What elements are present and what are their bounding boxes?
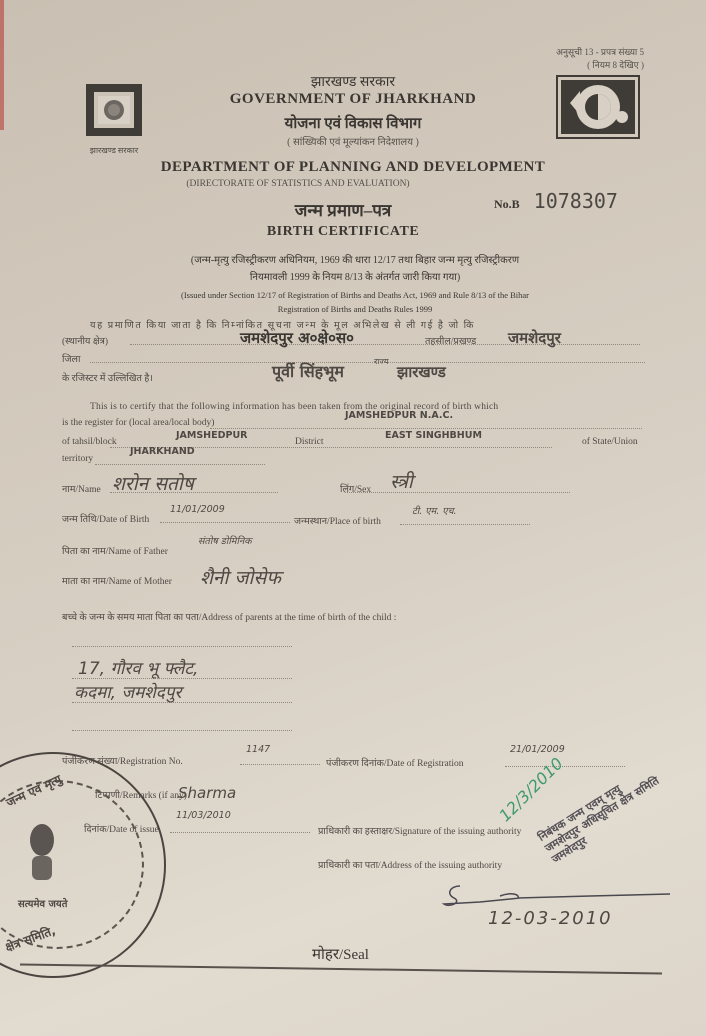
local-body-value: JAMSHEDPUR N.A.C. — [345, 410, 453, 421]
address-line2: कदमा, जमशेदपुर — [74, 680, 181, 703]
issued-under-english-2: Registration of Births and Deaths Rules … — [60, 302, 650, 317]
issue-date-value: 11/03/2010 — [176, 810, 231, 821]
photo-edge — [0, 0, 4, 130]
register-text: के रजिस्टर में उल्लिखित है। — [62, 371, 153, 384]
issued-under-hindi-2: नियमावली 1999 के नियम 8/13 के अंतर्गत जा… — [60, 270, 650, 285]
cert-no-value: 1078307 — [534, 189, 618, 213]
state-label-hindi: राज्य — [374, 356, 389, 367]
round-seal-center-text: सत्यमेव जयते — [18, 896, 67, 910]
name-value: शरोन सतोष — [112, 470, 194, 496]
directorate-hindi: ( सांख्यिकी एवं मूल्यांकन निदेशालय ) — [0, 134, 706, 148]
gov-english: GOVERNMENT OF JHARKHAND — [0, 91, 706, 108]
district-label: District — [295, 437, 324, 447]
tahsil-value: JAMSHEDPUR — [176, 430, 248, 441]
form-ref-line2: ( नियम 8 देखिए ) — [556, 59, 644, 72]
sex-label: लिंग/Sex — [340, 482, 371, 495]
state-value-hindi: झारखण्ड — [397, 362, 446, 382]
form-ref-line1: अनुसूची 13 - प्रपत्र संख्या 5 — [556, 46, 644, 59]
territory-value: JHARKHAND — [130, 446, 195, 457]
mother-value: शैनी जोसेफ — [200, 564, 281, 590]
signature-label: प्राधिकारी का हस्ताक्षर/Signature of the… — [318, 824, 521, 837]
tehsil-value: जमशेदपुर — [508, 328, 561, 348]
dob-label: जन्म तिथि/Date of Birth — [62, 512, 149, 525]
authority-stamp-line2: जमशेदपुर अधिसूचित क्षेत्र समिति — [543, 774, 662, 855]
local-area-label: (स्थानीय क्षेत्र) — [62, 334, 108, 347]
district-value-hindi: पूर्वी सिंहभूम — [272, 360, 344, 382]
authority-stamp: निबंधक जन्म एवम् मृत्यु जमशेदपुर अधिसूचि… — [536, 763, 668, 866]
dept-hindi: योजना एवं विकास विभाग — [0, 113, 706, 133]
father-label: पिता का नाम/Name of Father — [62, 544, 168, 557]
tehsil-label: तहसील/प्रखण्ड — [425, 334, 476, 347]
local-body-label: is the register for (local area/local bo… — [62, 418, 214, 428]
name-label: नाम/Name — [62, 482, 101, 495]
district-label-hindi: जिला — [62, 352, 80, 365]
father-value: संतोष डोमिनिक — [198, 534, 252, 547]
gov-hindi: झारखण्ड सरकार — [0, 72, 706, 91]
dept-english: DEPARTMENT OF PLANNING AND DEVELOPMENT — [0, 159, 706, 176]
reg-date-value: 21/01/2009 — [510, 744, 565, 755]
dob-value: 11/01/2009 — [170, 504, 225, 515]
local-area-value: जमशेदपुर अ०क्षे०स० — [240, 328, 354, 348]
pob-label: जन्मस्थान/Place of birth — [294, 514, 381, 527]
address-line1: 17, गौरव भू फ्लैट, — [78, 656, 198, 679]
state-union-label: of State/Union — [582, 437, 638, 447]
issued-under-english-1: (Issued under Section 12/17 of Registrat… — [60, 288, 650, 303]
ashoka-emblem-icon — [22, 818, 62, 888]
remarks-value: Sharma — [178, 784, 236, 802]
territory-label: territory — [62, 454, 93, 464]
green-initial-date: 12/3/2010 — [495, 754, 566, 825]
pob-value: टी. एम. एच. — [412, 504, 457, 517]
certificate-number: No.B 1078307 — [494, 189, 618, 213]
title-english: BIRTH CERTIFICATE — [0, 224, 696, 240]
issued-under-hindi-1: (जन्म-मृत्यु रजिस्ट्रीकरण अधिनियम, 1969 … — [60, 253, 650, 268]
signed-date: 12-03-2010 — [488, 908, 613, 929]
bottom-divider — [20, 964, 662, 975]
form-reference: अनुसूची 13 - प्रपत्र संख्या 5 ( नियम 8 द… — [556, 46, 644, 72]
reg-no-value: 1147 — [246, 744, 270, 755]
reg-date-label: पंजीकरण दिनांक/Date of Registration — [326, 756, 464, 769]
seal-label: मोहर/Seal — [312, 944, 369, 964]
hindi-cert-intro: यह प्रमाणित किया जाता है कि निम्नांकित स… — [60, 318, 650, 331]
address-label: बच्चे के जन्म के समय माता पिता का पता/Ad… — [62, 610, 396, 623]
directorate-english: (DIRECTORATE OF STATISTICS AND EVALUATIO… — [0, 179, 651, 189]
mother-label: माता का नाम/Name of Mother — [62, 574, 172, 587]
district-value: EAST SINGHBHUM — [385, 430, 482, 441]
cert-no-label: No.B — [494, 197, 520, 211]
sex-value: स्त्री — [390, 468, 413, 494]
authority-signature — [440, 880, 680, 910]
tahsil-label: of tahsil/block — [62, 437, 117, 447]
authority-address-label: प्राधिकारी का पता/Address of the issuing… — [318, 858, 502, 871]
